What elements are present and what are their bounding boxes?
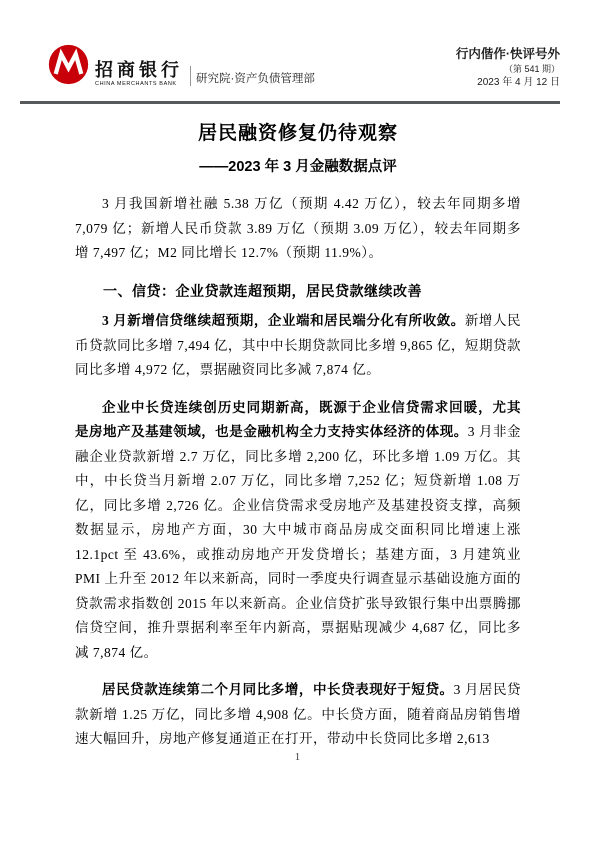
emphasis-text: 企业中长贷连续创历史同期新高，既源于企业信贷需求回暖，尤其是房地产及基建领域，也…: [75, 400, 521, 440]
body-paragraph: 3 月我国新增社融 5.38 万亿（预期 4.42 万亿），较去年同期多增 7,…: [75, 192, 521, 266]
page-title: 居民融资修复仍待观察: [75, 118, 521, 145]
section-heading: 一、信贷：企业贷款连超预期，居民贷款继续改善: [75, 279, 521, 304]
emphasis-text: 居民贷款连续第二个月同比多增，中长贷表现好于短贷。: [102, 682, 454, 697]
body-paragraph: 居民贷款连续第二个月同比多增，中长贷表现好于短贷。3 月居民贷款新增 1.25 …: [75, 678, 521, 752]
department-name: 研究院·资产负债管理部: [196, 70, 315, 86]
brand-block: 招商银行 CHINA MERCHANTS BANK 研究院·资产负债管理部: [48, 44, 315, 87]
emphasis-text: 3 月新增信贷继续超预期，企业端和居民端分化有所收敛。: [102, 313, 465, 328]
emphasis-text: 一、信贷：企业贷款连超预期，居民贷款继续改善: [103, 283, 422, 299]
body-paragraph: 3 月新增信贷继续超预期，企业端和居民端分化有所收敛。新增人民币贷款同比多增 7…: [75, 309, 521, 383]
bank-name-cn: 招商银行: [95, 61, 183, 80]
body-paragraph: 企业中长贷连续创历史同期新高，既源于企业信贷需求回暖，尤其是房地产及基建领域，也…: [75, 396, 521, 666]
body-text: 3 月我国新增社融 5.38 万亿（预期 4.42 万亿），较去年同期多增 7,…: [75, 196, 521, 260]
issue-info: 行内偕作·快评号外 （第 541 期） 2023 年 4 月 12 日: [456, 44, 560, 90]
body-text: 3 月非金融企业贷款新增 2.7 万亿，同比多增 2,200 亿，环比多增 1.…: [75, 424, 521, 660]
issue-series: 行内偕作·快评号外: [456, 46, 560, 63]
report-header: 招商银行 CHINA MERCHANTS BANK 研究院·资产负债管理部 行内…: [48, 44, 560, 100]
report-page: 招商银行 CHINA MERCHANTS BANK 研究院·资产负债管理部 行内…: [0, 0, 595, 842]
article: 居民融资修复仍待观察 ——2023 年 3 月金融数据点评 3 月我国新增社融 …: [75, 118, 521, 765]
brand-names: 招商银行 CHINA MERCHANTS BANK: [95, 61, 183, 87]
brand-divider: [190, 66, 191, 86]
header-rule: [20, 101, 560, 104]
issue-number: （第 541 期）: [456, 63, 560, 76]
cmb-logo-icon: [48, 44, 89, 85]
article-body: 3 月我国新增社融 5.38 万亿（预期 4.42 万亿），较去年同期多增 7,…: [75, 192, 521, 752]
page-subtitle: ——2023 年 3 月金融数据点评: [75, 155, 521, 176]
issue-date: 2023 年 4 月 12 日: [456, 76, 560, 90]
bank-name-en: CHINA MERCHANTS BANK: [95, 81, 183, 87]
page-number: 1: [0, 752, 595, 763]
